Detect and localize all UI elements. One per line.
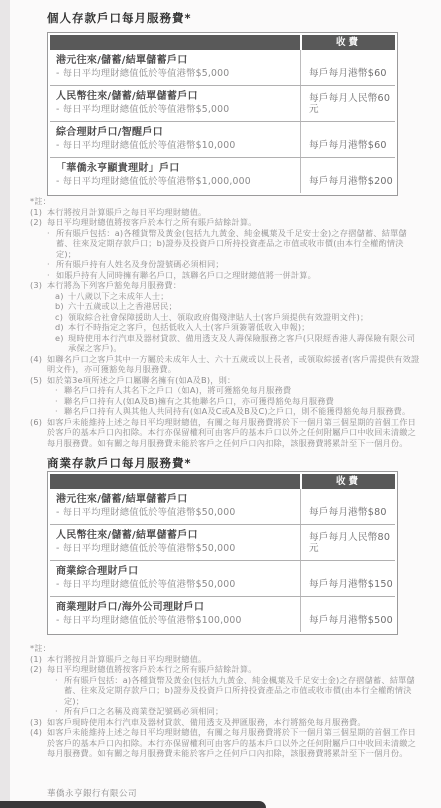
header-cell-blank <box>50 35 300 50</box>
notes-label: *註： <box>30 196 420 207</box>
note-text: 本行將按月計算賬戶之每日平均理財總值。 <box>47 207 420 218</box>
note-bullet: ·如賬戶持有人同時擁有聯名戶口，該聯名戶口之理財總值將一併計算。 <box>47 270 420 281</box>
note-marker: (2) <box>30 217 47 228</box>
note-item: (5) 如於第3e項所述之戶口屬聯名擁有(如A及B)，則： ·聯名戶口持有人其名… <box>30 375 420 417</box>
bullet-dot: · <box>55 406 64 417</box>
note-bullet: ·聯名戶口持有人(如A及B)擁有之其他聯名戶口，亦可獲得豁免每月服務費 <box>55 396 420 407</box>
account-condition: - 每日平均理財總值低於等值港幣$100,000 <box>56 615 294 627</box>
note-item: (2) 每日平均理財總值將按客戶於本行之所有賬戶結餘計算。 ·所有賬戶包括：a)… <box>30 664 420 717</box>
account-name: 商業綜合理財戶口 <box>56 565 294 578</box>
note-item: (2) 每日平均理財總值將按客戶於本行之所有賬戶結餘計算。 ·所有賬戶包括：a)… <box>30 217 420 280</box>
header-cell-fee: 收費 <box>302 474 395 489</box>
fee-value: 每戶每月港幣$500 <box>309 615 393 626</box>
note-marker: (3) <box>30 717 47 728</box>
note-marker: (1) <box>30 654 47 665</box>
note-item: (4) 如客戶未能維持上述之每日平均理財總值，有關之每月服務費將於下一個月第三個… <box>30 727 420 759</box>
note-subitem: c)領取綜合社會保障援助人士、領取政府傷殘津貼人士(客戶須提供有效證明文件)； <box>55 312 420 323</box>
table-row: 綜合理財戶口/智醒戶口 - 每日平均理財總值低於等值港幣$10,000 每戶每月… <box>50 121 395 157</box>
note-text: 本行將按月計算賬戶之每日平均理財總值。 <box>47 654 420 665</box>
note-text: 本行將為下列客戶豁免每月服務費： <box>47 280 420 291</box>
note-text: 如聯名戶口之客戶其中一方屬於未成年人士、六十五歲或以上長者，或領取綜援者(客戶需… <box>47 354 420 375</box>
note-subitem: d)本行不時指定之客戶，包括低收入人士(客戶須簽署低收入申報)； <box>55 322 420 333</box>
header-cell-fee: 收費 <box>302 35 395 50</box>
bullet-dot: · <box>47 228 56 239</box>
note-bullet: ·聯名戶口持有人其名下之戶口（如A)，將可獲豁免每月服務費 <box>55 385 420 396</box>
note-marker: (4) <box>30 727 47 738</box>
note-item: (1) 本行將按月計算賬戶之每日平均理財總值。 <box>30 654 420 665</box>
footer-dark-bar <box>0 801 266 808</box>
table-row: 「華僑永亨顯貴理財」戶口 - 每日平均理財總值低於等值港幣$1,000,000 … <box>50 157 395 193</box>
fee-value: 每戶每月港幣$60 <box>309 140 387 151</box>
account-name: 人民幣往來/儲蓄/結單儲蓄戶口 <box>56 529 294 542</box>
fee-value: 每戶每月人民幣60元 <box>309 93 393 115</box>
note-subitem: b)六十五歲或以上之香港居民； <box>55 301 420 312</box>
note-marker: (2) <box>30 664 47 675</box>
business-section-title: 商業存款戶口每月服務費* <box>47 455 192 471</box>
fee-value: 每戶每月港幣$150 <box>309 579 393 590</box>
note-item: (6) 如客戶未能維持上述之每日平均理財總值，有關之每月服務費將於下一個月第三個… <box>30 417 420 449</box>
subitem-marker: a) <box>55 291 68 302</box>
account-name: 港元往來/儲蓄/結單儲蓄戶口 <box>56 493 294 506</box>
bullet-dot: · <box>55 396 64 407</box>
note-marker: (3) <box>30 280 47 291</box>
note-item: (1) 本行將按月計算賬戶之每日平均理財總值。 <box>30 207 420 218</box>
account-name: 商業理財戶口/海外公司理財戶口 <box>56 601 294 614</box>
business-table-body: 港元往來/儲蓄/結單儲蓄戶口 - 每日平均理財總值低於等值港幣$50,000 每… <box>50 489 395 632</box>
subitem-marker: e) <box>55 333 68 344</box>
note-bullet: ·聯名戶口持有人與其他人共同持有(如A及C或A及B及C)之戶口，則不能獲得豁免每… <box>55 406 420 417</box>
note-bullet: ·所有賬戶包括：a)各種貨幣及黃金(包括九九黃金、純金楓葉及千足安士金)之存摺儲… <box>55 675 420 707</box>
note-marker: (4) <box>30 354 47 365</box>
note-text: 每日平均理財總值將按客戶於本行之所有賬戶結餘計算。 <box>47 664 420 675</box>
note-bullet: ·所有賬戶包括：a)各種貨幣及黃金(包括九九黃金、純金楓葉及千足安士金)之存摺儲… <box>47 228 420 260</box>
fee-value: 每戶每月港幣$80 <box>309 507 387 518</box>
account-condition: - 每日平均理財總值低於等值港幣$50,000 <box>56 543 294 555</box>
account-condition: - 每日平均理財總值低於等值港幣$5,000 <box>56 68 294 80</box>
note-text: 如客戶未能維持上述之每日平均理財總值，有關之每月服務費將於下一個月第三個星期的首… <box>47 727 420 759</box>
note-text: 如客戶未能維持上述之每日平均理財總值，有關之每月服務費將於下一個月第三個星期的首… <box>47 417 420 449</box>
business-notes: *註： (1) 本行將按月計算賬戶之每日平均理財總值。 (2) 每日平均理財總值… <box>30 643 420 759</box>
fee-value: 每戶每月港幣$200 <box>309 176 393 187</box>
personal-table-body: 港元往來/儲蓄/結單儲蓄戶口 - 每日平均理財總值低於等值港幣$5,000 每戶… <box>50 50 395 193</box>
note-bullet: ·所有戶口之名稱及商業登記號碼必須相同； <box>55 706 420 717</box>
account-name: 人民幣往來/儲蓄/結單儲蓄戶口 <box>56 90 294 103</box>
note-item: (4) 如聯名戶口之客戶其中一方屬於未成年人士、六十五歲或以上長者，或領取綜援者… <box>30 354 420 375</box>
note-bullet: ·所有賬戶持有人姓名及身份證號碼必須相同； <box>47 259 420 270</box>
bullet-dot: · <box>55 675 64 686</box>
notes-label: *註： <box>30 643 420 654</box>
personal-fee-table: 收費 港元往來/儲蓄/結單儲蓄戶口 - 每日平均理財總值低於等值港幣$5,000… <box>47 32 398 196</box>
note-subitem: e)現時使用本行汽車及器材貸款、備用透支及人壽保險服務之客戶(只限經香港人壽保險… <box>55 333 420 354</box>
personal-section-title: 個人存款戶口每月服務費* <box>47 10 192 26</box>
table-row: 人民幣往來/儲蓄/結單儲蓄戶口 - 每日平均理財總值低於等值港幣$50,000 … <box>50 524 395 560</box>
table-row: 人民幣往來/儲蓄/結單儲蓄戶口 - 每日平均理財總值低於等值港幣$5,000 每… <box>50 85 395 121</box>
bullet-dot: · <box>47 270 56 281</box>
bullet-dot: · <box>55 385 64 396</box>
note-subitem: a)十八歲以下之未成年人士； <box>55 291 420 302</box>
subitem-marker: b) <box>55 301 68 312</box>
subitem-marker: d) <box>55 322 68 333</box>
fee-value: 每戶每月港幣$60 <box>309 68 387 79</box>
account-condition: - 每日平均理財總值低於等值港幣$10,000 <box>56 140 294 152</box>
table-row: 商業綜合理財戶口 - 每日平均理財總值低於等值港幣$50,000 每戶每月港幣$… <box>50 560 395 596</box>
header-cell-blank <box>50 474 300 489</box>
bank-company-name: 華僑永亨銀行有限公司 <box>47 787 137 799</box>
account-condition: - 每日平均理財總值低於等值港幣$50,000 <box>56 507 294 519</box>
personal-notes: *註： (1) 本行將按月計算賬戶之每日平均理財總值。 (2) 每日平均理財總值… <box>30 196 420 448</box>
account-condition: - 每日平均理財總值低於等值港幣$1,000,000 <box>56 176 294 188</box>
note-marker: (1) <box>30 207 47 218</box>
account-condition: - 每日平均理財總值低於等值港幣$5,000 <box>56 104 294 116</box>
table-row: 港元往來/儲蓄/結單儲蓄戶口 - 每日平均理財總值低於等值港幣$5,000 每戶… <box>50 50 395 85</box>
table-row: 港元往來/儲蓄/結單儲蓄戶口 - 每日平均理財總值低於等值港幣$50,000 每… <box>50 489 395 524</box>
account-name: 綜合理財戶口/智醒戶口 <box>56 126 294 139</box>
note-marker: (5) <box>30 375 47 386</box>
note-item: (3) 如客戶現時使用本行汽車及器材貸款、備用透支及押匯服務，本行將豁免每月服務… <box>30 717 420 728</box>
note-marker: (6) <box>30 417 47 428</box>
business-table-header: 收費 <box>50 474 395 489</box>
account-condition: - 每日平均理財總值低於等值港幣$50,000 <box>56 579 294 591</box>
personal-table-header: 收費 <box>50 35 395 50</box>
table-row: 商業理財戶口/海外公司理財戶口 - 每日平均理財總值低於等值港幣$100,000… <box>50 596 395 632</box>
note-text: 如客戶現時使用本行汽車及器材貸款、備用透支及押匯服務，本行將豁免每月服務費。 <box>47 717 420 728</box>
bullet-dot: · <box>47 259 56 270</box>
subitem-marker: c) <box>55 312 68 323</box>
fee-value: 每戶每月人民幣80元 <box>309 532 393 554</box>
note-item: (3) 本行將為下列客戶豁免每月服務費： a)十八歲以下之未成年人士； b)六十… <box>30 280 420 354</box>
business-fee-table: 收費 港元往來/儲蓄/結單儲蓄戶口 - 每日平均理財總值低於等值港幣$50,00… <box>47 471 398 635</box>
bullet-dot: · <box>55 706 64 717</box>
page-left-margin-strip <box>0 0 10 808</box>
account-name: 「華僑永亨顯貴理財」戶口 <box>56 162 294 175</box>
note-text: 如於第3e項所述之戶口屬聯名擁有(如A及B)，則： <box>47 375 420 386</box>
note-text: 每日平均理財總值將按客戶於本行之所有賬戶結餘計算。 <box>47 217 420 228</box>
account-name: 港元往來/儲蓄/結單儲蓄戶口 <box>56 54 294 67</box>
document-page: 個人存款戶口每月服務費* 收費 港元往來/儲蓄/結單儲蓄戶口 - 每日平均理財總… <box>0 0 441 808</box>
